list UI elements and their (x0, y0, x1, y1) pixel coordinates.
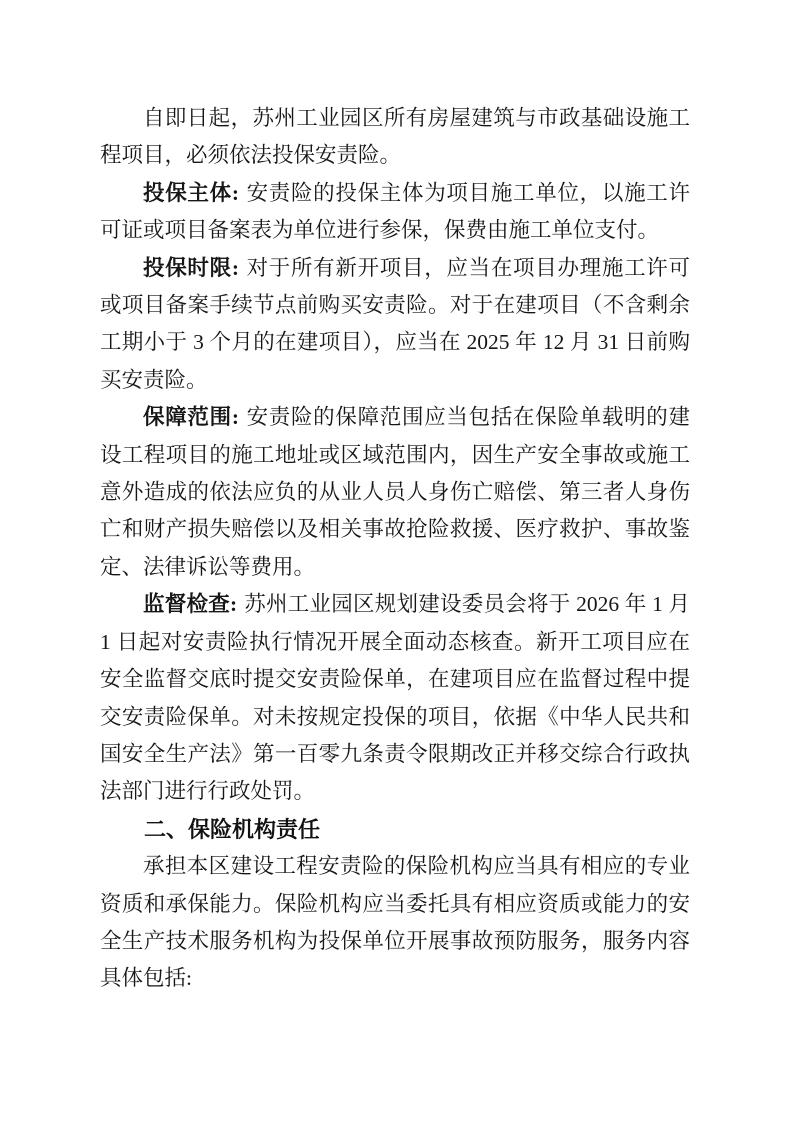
paragraph-text: 苏州工业园区规划建设委员会将于 2026 年 1 月 1 日起对安责险执行情况开… (100, 592, 690, 803)
paragraph-text: 自即日起，苏州工业园区所有房屋建筑与市政基础设施工程项目，必须依法投保安责险。 (100, 106, 690, 167)
insurer-responsibility-paragraph: 承担本区建设工程安责险的保险机构应当具有相应的专业资质和承保能力。保险机构应当委… (100, 848, 690, 998)
supervision-inspection-paragraph: 监督检查:苏州工业园区规划建设委员会将于 2026 年 1 月 1 日起对安责险… (100, 586, 690, 810)
coverage-scope-paragraph: 保障范围:安责险的保障范围应当包括在保险单载明的建设工程项目的施工地址或区域范围… (100, 399, 690, 586)
insured-subject-paragraph: 投保主体:安责险的投保主体为项目施工单位，以施工许可证或项目备案表为单位进行参保… (100, 175, 690, 250)
paragraph-label: 保障范围: (143, 405, 239, 429)
paragraph-text: 承担本区建设工程安责险的保险机构应当具有相应的专业资质和承保能力。保险机构应当委… (100, 854, 690, 990)
paragraph-label: 监督检查: (143, 592, 237, 616)
intro-paragraph: 自即日起，苏州工业园区所有房屋建筑与市政基础设施工程项目，必须依法投保安责险。 (100, 100, 690, 175)
document-page: 自即日起，苏州工业园区所有房屋建筑与市政基础设施工程项目，必须依法投保安责险。 … (0, 0, 793, 1122)
section-heading: 二、保险机构责任 (100, 811, 690, 848)
paragraph-label: 投保主体: (143, 181, 239, 205)
document-body: 自即日起，苏州工业园区所有房屋建筑与市政基础设施工程项目，必须依法投保安责险。 … (100, 100, 690, 998)
insurance-deadline-paragraph: 投保时限:对于所有新开项目，应当在项目办理施工许可或项目备案手续节点前购买安责险… (100, 250, 690, 400)
paragraph-label: 投保时限: (143, 256, 239, 280)
paragraph-text: 安责险的保障范围应当包括在保险单载明的建设工程项目的施工地址或区域范围内，因生产… (100, 405, 690, 579)
